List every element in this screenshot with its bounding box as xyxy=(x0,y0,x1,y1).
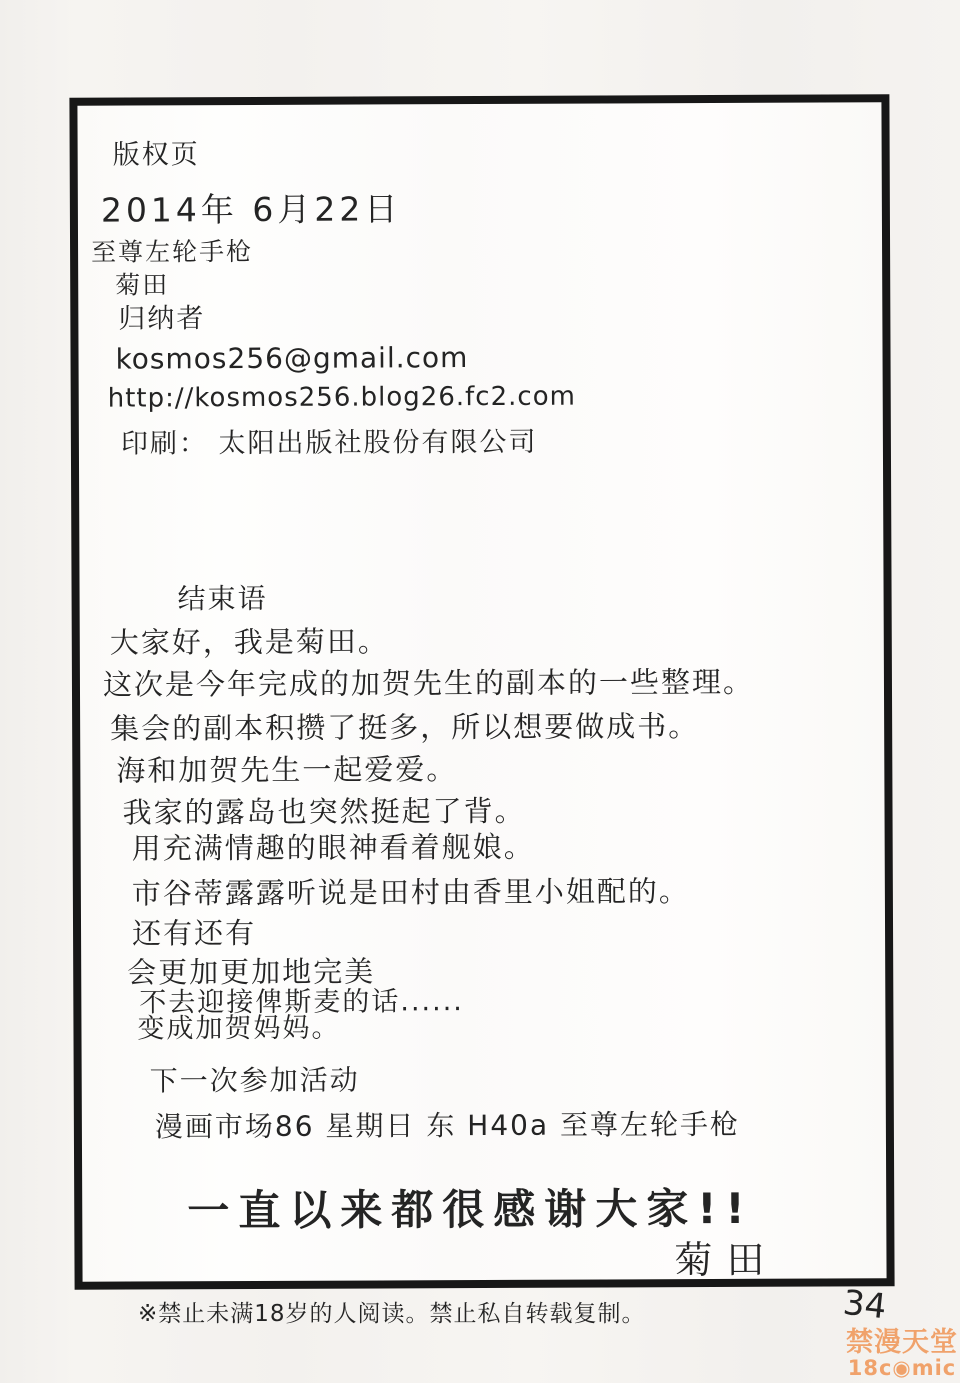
afterword-line: 市谷蒂露露听说是田村由香里小姐配的。 xyxy=(132,875,690,911)
circle-name: 至尊左轮手枪 xyxy=(91,238,253,267)
age-restriction-notice: ※禁止未满18岁的人阅读。禁止私自转载复制。 xyxy=(138,1295,646,1328)
afterword-line: 还有还有 xyxy=(132,917,256,951)
afterword-heading: 结束语 xyxy=(178,583,268,616)
author-role: 归纳者 xyxy=(118,303,205,334)
next-event-detail: 漫画市场86 星期日 东 H40a 至尊左轮手枪 xyxy=(155,1109,740,1144)
thanks-signature: 菊田 xyxy=(674,1239,778,1283)
afterword-line: 用充满情趣的眼神看着舰娘。 xyxy=(132,831,535,866)
afterword-line: 变成加贺妈妈。 xyxy=(137,1013,340,1045)
afterword-line: 会更加更加地完美 xyxy=(127,955,375,989)
afterword-line: 大家好，我是菊田。 xyxy=(110,625,389,660)
site-watermark: 禁漫天堂 18c◉mic xyxy=(846,1329,958,1379)
watermark-site-logo: 18c◉mic xyxy=(846,1357,958,1379)
publication-date: 2014年 6月22日 xyxy=(101,190,402,229)
afterword-line: 集会的副本积攒了挺多，所以想要做成书。 xyxy=(110,710,699,746)
author-name: 菊田 xyxy=(115,271,169,300)
page-number: 34 xyxy=(841,1283,888,1327)
afterword-line: 这次是今年完成的加贺先生的副本的一些整理。 xyxy=(103,666,754,702)
afterword-line: 我家的露岛也突然挺起了背。 xyxy=(122,795,525,830)
contact-email: kosmos256@gmail.com xyxy=(115,342,468,376)
website-url: http://kosmos256.blog26.fc2.com xyxy=(108,383,576,415)
colophon-title: 版权页 xyxy=(113,139,200,170)
thanks-message: 一直以来都很感谢大家!! xyxy=(187,1185,754,1236)
colophon-panel: 版权页 2014年 6月22日 至尊左轮手枪 菊田 归纳者 kosmos256@… xyxy=(69,94,894,1290)
printer-info: 印刷： 太阳出版社股份有限公司 xyxy=(121,427,538,460)
afterword-line: 海和加贺先生一起爱爱。 xyxy=(116,753,457,788)
watermark-site-name: 禁漫天堂 xyxy=(846,1329,958,1357)
next-event-heading: 下一次参加活动 xyxy=(150,1065,360,1098)
